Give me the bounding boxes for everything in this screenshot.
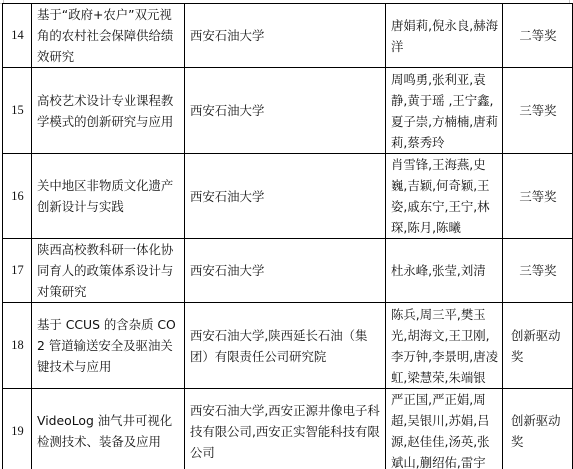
main-contributors: 严正国,严正娟,周超,吴银川,苏娟,吕源,赵佳佳,汤英,张斌山,蒯绍佑,雷宇 xyxy=(386,389,503,469)
table-row: 16 关中地区非物质文化遗产创新设计与实践 西安石油大学 肖雪锋,王海燕,史巍,… xyxy=(3,154,573,239)
main-contributors: 陈兵,周三平,樊玉光,胡海文,王卫刚,李万钟,李景明,唐凌虹,梁慧荣,朱端银 xyxy=(386,303,503,389)
project-title: 陕西高校教科研一体化协同育人的政策体系设计与对策研究 xyxy=(32,239,185,303)
main-contributors: 唐娟莉,倪永良,赫海洋 xyxy=(386,4,503,68)
row-number: 19 xyxy=(3,389,32,469)
completing-units: 西安石油大学 xyxy=(185,239,386,303)
award-level: 创新驱动奖 xyxy=(503,303,573,389)
table-row: 15 高校艺术设计专业课程教学模式的创新研究与应用 西安石油大学 周鸣勇,张利亚… xyxy=(3,68,573,154)
table-row: 14 基于“政府+农户”双元视角的农村社会保障供给绩效研究 西安石油大学 唐娟莉… xyxy=(3,4,573,68)
row-number: 15 xyxy=(3,68,32,154)
main-contributors: 肖雪锋,王海燕,史巍,吉颖,何奇颖,王姿,戚东宁,王宁,林琛,陈月,陈曦 xyxy=(386,154,503,239)
completing-units: 西安石油大学,陕西延长石油（集团）有限责任公司研究院 xyxy=(185,303,386,389)
project-title: VideoLog 油气井可视化检测技术、装备及应用 xyxy=(32,389,185,469)
row-number: 16 xyxy=(3,154,32,239)
row-number: 18 xyxy=(3,303,32,389)
project-title: 关中地区非物质文化遗产创新设计与实践 xyxy=(32,154,185,239)
awards-table: 14 基于“政府+农户”双元视角的农村社会保障供给绩效研究 西安石油大学 唐娟莉… xyxy=(2,3,573,469)
award-level: 三等奖 xyxy=(503,239,573,303)
award-level: 三等奖 xyxy=(503,154,573,239)
award-level: 三等奖 xyxy=(503,68,573,154)
row-number: 17 xyxy=(3,239,32,303)
main-contributors: 杜永峰,张莹,刘清 xyxy=(386,239,503,303)
project-title: 基于“政府+农户”双元视角的农村社会保障供给绩效研究 xyxy=(32,4,185,68)
project-title: 高校艺术设计专业课程教学模式的创新研究与应用 xyxy=(32,68,185,154)
row-number: 14 xyxy=(3,4,32,68)
main-contributors: 周鸣勇,张利亚,袁静,黄于瑶 ,王宁鑫,夏子崇,方楠楠,唐莉莉,蔡秀玲 xyxy=(386,68,503,154)
table-row: 17 陕西高校教科研一体化协同育人的政策体系设计与对策研究 西安石油大学 杜永峰… xyxy=(3,239,573,303)
completing-units: 西安石油大学 xyxy=(185,4,386,68)
table-row: 19 VideoLog 油气井可视化检测技术、装备及应用 西安石油大学,西安正源… xyxy=(3,389,573,469)
completing-units: 西安石油大学,西安正源井像电子科技有限公司,西安正实智能科技有限公司 xyxy=(185,389,386,469)
project-title: 基于 CCUS 的含杂质 CO2 管道输送安全及驱油关键技术与应用 xyxy=(32,303,185,389)
award-level: 二等奖 xyxy=(503,4,573,68)
table-row: 18 基于 CCUS 的含杂质 CO2 管道输送安全及驱油关键技术与应用 西安石… xyxy=(3,303,573,389)
completing-units: 西安石油大学 xyxy=(185,154,386,239)
completing-units: 西安石油大学 xyxy=(185,68,386,154)
award-level: 创新驱动奖 xyxy=(503,389,573,469)
